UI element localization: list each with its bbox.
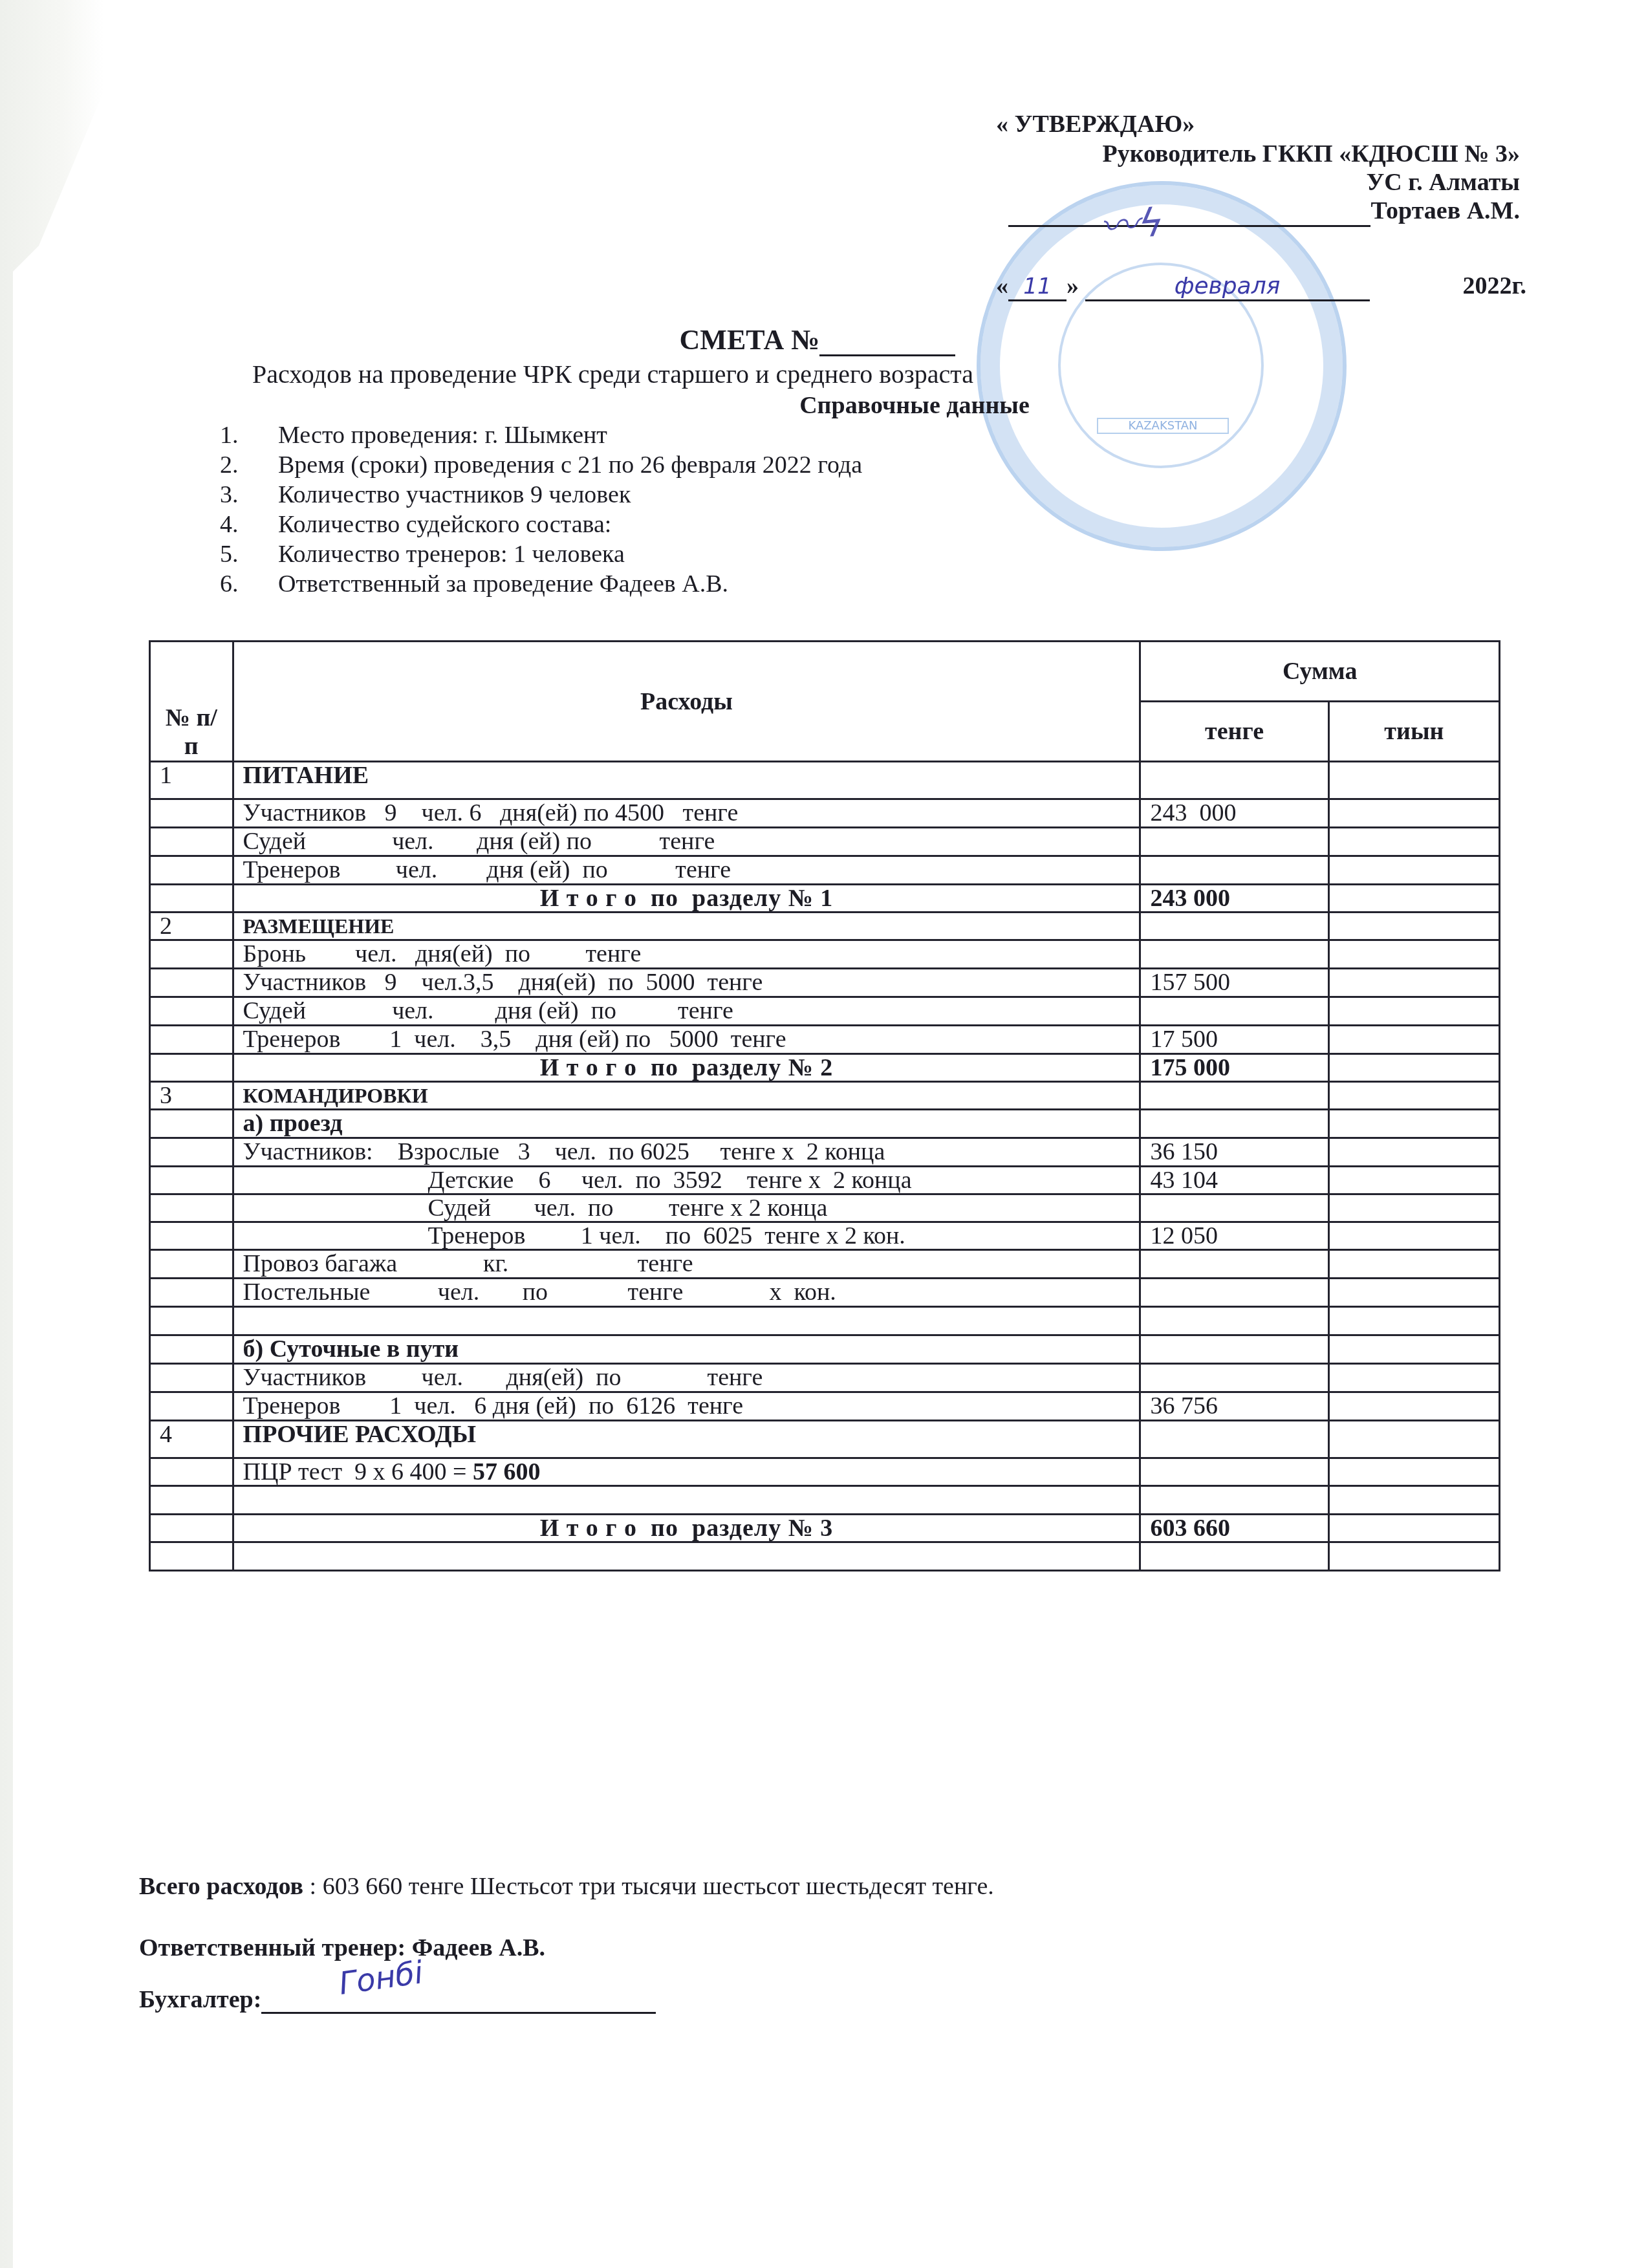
row-number xyxy=(150,1138,233,1167)
col-header-expenses: Расходы xyxy=(233,642,1140,762)
accountant-label: Бухгалтер: xyxy=(139,1986,261,2013)
approval-block: « УТВЕРЖДАЮ» Руководитель ГККП «КДЮСШ № … xyxy=(983,110,1520,227)
row-number xyxy=(150,969,233,997)
row-tiyn xyxy=(1328,1392,1499,1421)
table-row: 3КОМАНДИРОВКИ xyxy=(150,1082,1500,1110)
row-tiyn xyxy=(1328,1421,1499,1458)
row-tiyn xyxy=(1328,1364,1499,1392)
row-tenge: 17 500 xyxy=(1140,1026,1328,1054)
row-tiyn xyxy=(1328,1082,1499,1110)
col-header-number: № п/п xyxy=(150,642,233,762)
table-row: 2РАЗМЕЩЕНИЕ xyxy=(150,913,1500,940)
reference-item: 5.Количество тренеров: 1 человека xyxy=(220,539,862,569)
row-tenge xyxy=(1140,1421,1328,1458)
table-row: б) Суточные в пути xyxy=(150,1335,1500,1364)
table-row: Детские 6 чел. по 3592 тенге х 2 конца43… xyxy=(150,1167,1500,1194)
row-description-amount: 57 600 xyxy=(473,1458,541,1485)
row-number xyxy=(150,1194,233,1222)
table-row: Провоз багажа кг. тенге xyxy=(150,1250,1500,1279)
row-number xyxy=(150,885,233,913)
row-description: Тренеров 1 чел. 3,5 дня (ей) по 5000 тен… xyxy=(233,1026,1140,1054)
row-description: Судей чел. дня (ей) по тенге xyxy=(233,997,1140,1026)
reference-item: 2.Время (сроки) проведения с 21 по 26 фе… xyxy=(220,450,862,480)
accountant-row: Бухгалтер:Гонбі xyxy=(139,1985,656,2014)
row-tiyn xyxy=(1328,1335,1499,1364)
row-description: Детские 6 чел. по 3592 тенге х 2 конца xyxy=(233,1167,1140,1194)
document-title: СМЕТА № xyxy=(0,323,1635,356)
table-row: Участников 9 чел.3,5 дня(ей) по 5000 тен… xyxy=(150,969,1500,997)
row-number: 3 xyxy=(150,1082,233,1110)
table-row: Постельные чел. по тенге х кон. xyxy=(150,1279,1500,1307)
reference-item: 4.Количество судейского состава: xyxy=(220,510,862,539)
row-number xyxy=(150,1392,233,1421)
title-text: СМЕТА № xyxy=(680,324,820,356)
row-number xyxy=(150,799,233,828)
row-number xyxy=(150,1364,233,1392)
row-tenge xyxy=(1140,1082,1328,1110)
row-description: Провоз багажа кг. тенге xyxy=(233,1250,1140,1279)
row-tiyn xyxy=(1328,1486,1499,1515)
row-description xyxy=(233,1486,1140,1515)
table-row: Участников 9 чел. 6 дня(ей) по 4500 тенг… xyxy=(150,799,1500,828)
row-number xyxy=(150,1026,233,1054)
title-number-blank xyxy=(819,329,955,356)
row-tenge: 157 500 xyxy=(1140,969,1328,997)
row-number: 4 xyxy=(150,1421,233,1458)
reference-heading: Справочные данные xyxy=(0,391,1635,420)
row-tenge xyxy=(1140,1250,1328,1279)
accountant-signature-line: Гонбі xyxy=(261,1986,656,2014)
row-tiyn xyxy=(1328,1167,1499,1194)
date-day: 11 xyxy=(1008,274,1067,301)
row-number xyxy=(150,1335,233,1364)
row-description: Тренеров 1 чел. 6 дня (ей) по 6126 тенге xyxy=(233,1392,1140,1421)
date-close-quote: » xyxy=(1067,272,1079,300)
row-description: КОМАНДИРОВКИ xyxy=(233,1082,1140,1110)
row-tenge: 12 050 xyxy=(1140,1222,1328,1250)
row-tenge xyxy=(1140,856,1328,885)
row-tenge: 36 756 xyxy=(1140,1392,1328,1421)
row-tenge: 175 000 xyxy=(1140,1054,1328,1082)
row-tiyn xyxy=(1328,1026,1499,1054)
row-tenge: 36 150 xyxy=(1140,1138,1328,1167)
row-number xyxy=(150,1486,233,1515)
table-row: Тренеров 1 чел. 3,5 дня (ей) по 5000 тен… xyxy=(150,1026,1500,1054)
total-expenses: Всего расходов : 603 660 тенге Шестьсот … xyxy=(139,1872,994,1901)
row-number xyxy=(150,1515,233,1542)
responsible-coach: Ответственный тренер: Фадеев А.В. xyxy=(139,1934,545,1962)
row-number: 1 xyxy=(150,762,233,799)
row-description: Участников: Взрослые 3 чел. по 6025 тенг… xyxy=(233,1138,1140,1167)
total-expenses-label: Всего расходов xyxy=(139,1873,303,1900)
row-description: И т о г о по разделу № 3 xyxy=(233,1515,1140,1542)
approval-heading: « УТВЕРЖДАЮ» xyxy=(983,110,1520,138)
row-description: Бронь чел. дня(ей) по тенге xyxy=(233,940,1140,969)
row-tiyn xyxy=(1328,940,1499,969)
row-description: Участников 9 чел. 6 дня(ей) по 4500 тенг… xyxy=(233,799,1140,828)
table-row xyxy=(150,1307,1500,1335)
table-row: Судей чел. дня (ей) по тенге xyxy=(150,997,1500,1026)
row-tiyn xyxy=(1328,1222,1499,1250)
approver-signature-icon: 〰︎ϟ xyxy=(1097,191,1166,252)
row-tenge xyxy=(1140,913,1328,940)
row-number xyxy=(150,1167,233,1194)
row-number xyxy=(150,997,233,1026)
row-tenge xyxy=(1140,1364,1328,1392)
row-tenge: 243 000 xyxy=(1140,799,1328,828)
table-row: И т о г о по разделу № 3603 660 xyxy=(150,1515,1500,1542)
row-tiyn xyxy=(1328,1110,1499,1138)
row-tenge: 603 660 xyxy=(1140,1515,1328,1542)
row-tenge xyxy=(1140,1110,1328,1138)
total-expenses-text: : 603 660 тенге Шестьсот три тысячи шест… xyxy=(303,1873,994,1900)
expense-table-body: 1ПИТАНИЕУчастников 9 чел. 6 дня(ей) по 4… xyxy=(150,762,1500,1571)
table-row: Судей чел. по тенге х 2 конца xyxy=(150,1194,1500,1222)
reference-item: 1.Место проведения: г. Шымкент xyxy=(220,420,862,450)
row-description: И т о г о по разделу № 2 xyxy=(233,1054,1140,1082)
row-description: Участников 9 чел.3,5 дня(ей) по 5000 тен… xyxy=(233,969,1140,997)
row-number: 2 xyxy=(150,913,233,940)
table-row xyxy=(150,1486,1500,1515)
row-description: ПЦР тест 9 х 6 400 = 57 600 xyxy=(233,1458,1140,1486)
expense-table: № п/п Расходы Сумма тенге тиын 1ПИТАНИЕУ… xyxy=(149,640,1500,1571)
row-tiyn xyxy=(1328,1250,1499,1279)
col-header-tiyn: тиын xyxy=(1328,702,1499,762)
approver-name-row: Тортаев А.М. xyxy=(983,197,1520,227)
approver-org: УС г. Алматы xyxy=(983,168,1520,197)
row-number xyxy=(150,1279,233,1307)
row-tenge xyxy=(1140,1458,1328,1486)
row-tenge xyxy=(1140,762,1328,799)
approval-date: «11» февраля 2022г. xyxy=(996,272,1526,301)
row-tenge: 243 000 xyxy=(1140,885,1328,913)
table-row: И т о г о по разделу № 2175 000 xyxy=(150,1054,1500,1082)
row-tiyn xyxy=(1328,1279,1499,1307)
row-number xyxy=(150,856,233,885)
row-number xyxy=(150,1054,233,1082)
row-number xyxy=(150,828,233,856)
row-tenge xyxy=(1140,1279,1328,1307)
row-tiyn xyxy=(1328,913,1499,940)
row-description: Тренеров 1 чел. по 6025 тенге х 2 кон. xyxy=(233,1222,1140,1250)
row-tiyn xyxy=(1328,969,1499,997)
table-row: Тренеров чел. дня (ей) по тенге xyxy=(150,856,1500,885)
row-description: ПИТАНИЕ xyxy=(233,762,1140,799)
row-tenge: 43 104 xyxy=(1140,1167,1328,1194)
col-header-sum: Сумма xyxy=(1140,642,1500,702)
row-tiyn xyxy=(1328,885,1499,913)
row-tenge xyxy=(1140,1486,1328,1515)
table-row: И т о г о по разделу № 1243 000 xyxy=(150,885,1500,913)
row-description: И т о г о по разделу № 1 xyxy=(233,885,1140,913)
row-description: Тренеров чел. дня (ей) по тенге xyxy=(233,856,1140,885)
row-tiyn xyxy=(1328,1054,1499,1082)
row-number xyxy=(150,1222,233,1250)
row-number xyxy=(150,1110,233,1138)
date-month: февраля xyxy=(1085,273,1370,301)
row-number xyxy=(150,1307,233,1335)
seal-label: KAZAKSTAN xyxy=(1097,418,1229,434)
row-tiyn xyxy=(1328,1138,1499,1167)
row-description xyxy=(233,1542,1140,1571)
reference-list: 1.Место проведения: г. Шымкент 2.Время (… xyxy=(220,420,862,599)
date-open-quote: « xyxy=(996,272,1008,300)
row-tiyn xyxy=(1328,799,1499,828)
row-description: РАЗМЕЩЕНИЕ xyxy=(233,913,1140,940)
row-tiyn xyxy=(1328,1194,1499,1222)
reference-item: 3.Количество участников 9 человек xyxy=(220,480,862,510)
row-tiyn xyxy=(1328,1515,1499,1542)
row-tenge xyxy=(1140,1194,1328,1222)
table-row: ПЦР тест 9 х 6 400 = 57 600 xyxy=(150,1458,1500,1486)
row-description: а) проезд xyxy=(233,1110,1140,1138)
reference-item: 6.Ответственный за проведение Фадеев А.В… xyxy=(220,569,862,599)
date-year: 2022г. xyxy=(1463,272,1526,300)
row-tiyn xyxy=(1328,1458,1499,1486)
row-description: Участников чел. дня(ей) по тенге xyxy=(233,1364,1140,1392)
approver-signature-line xyxy=(1008,197,1370,227)
row-tiyn xyxy=(1328,762,1499,799)
row-description xyxy=(233,1307,1140,1335)
row-tenge xyxy=(1140,997,1328,1026)
document-subtitle: Расходов на проведение ЧРК среди старшег… xyxy=(252,359,973,389)
table-row: 1ПИТАНИЕ xyxy=(150,762,1500,799)
row-tenge xyxy=(1140,940,1328,969)
table-row: Участников чел. дня(ей) по тенге xyxy=(150,1364,1500,1392)
row-tiyn xyxy=(1328,1307,1499,1335)
row-number xyxy=(150,1458,233,1486)
row-tenge xyxy=(1140,1542,1328,1571)
approver-position: Руководитель ГККП «КДЮСШ № 3» xyxy=(983,140,1520,168)
row-description-text: ПЦР тест 9 х 6 400 = xyxy=(243,1458,473,1485)
col-header-tenge: тенге xyxy=(1140,702,1328,762)
row-description: б) Суточные в пути xyxy=(233,1335,1140,1364)
approver-name: Тортаев А.М. xyxy=(1370,197,1520,224)
table-row: Бронь чел. дня(ей) по тенге xyxy=(150,940,1500,969)
row-description: Судей чел. по тенге х 2 конца xyxy=(233,1194,1140,1222)
row-tiyn xyxy=(1328,1542,1499,1571)
row-number xyxy=(150,1542,233,1571)
table-row: а) проезд xyxy=(150,1110,1500,1138)
row-description: ПРОЧИЕ РАСХОДЫ xyxy=(233,1421,1140,1458)
table-row: Участников: Взрослые 3 чел. по 6025 тенг… xyxy=(150,1138,1500,1167)
row-tenge xyxy=(1140,828,1328,856)
row-number xyxy=(150,1250,233,1279)
row-tenge xyxy=(1140,1307,1328,1335)
table-row: Тренеров 1 чел. по 6025 тенге х 2 кон.12… xyxy=(150,1222,1500,1250)
row-tiyn xyxy=(1328,828,1499,856)
row-number xyxy=(150,940,233,969)
row-tenge xyxy=(1140,1335,1328,1364)
row-description: Постельные чел. по тенге х кон. xyxy=(233,1279,1140,1307)
table-row: 4ПРОЧИЕ РАСХОДЫ xyxy=(150,1421,1500,1458)
row-tiyn xyxy=(1328,997,1499,1026)
table-row xyxy=(150,1542,1500,1571)
row-description: Судей чел. дня (ей) по тенге xyxy=(233,828,1140,856)
table-row: Судей чел. дня (ей) по тенге xyxy=(150,828,1500,856)
table-row: Тренеров 1 чел. 6 дня (ей) по 6126 тенге… xyxy=(150,1392,1500,1421)
row-tiyn xyxy=(1328,856,1499,885)
